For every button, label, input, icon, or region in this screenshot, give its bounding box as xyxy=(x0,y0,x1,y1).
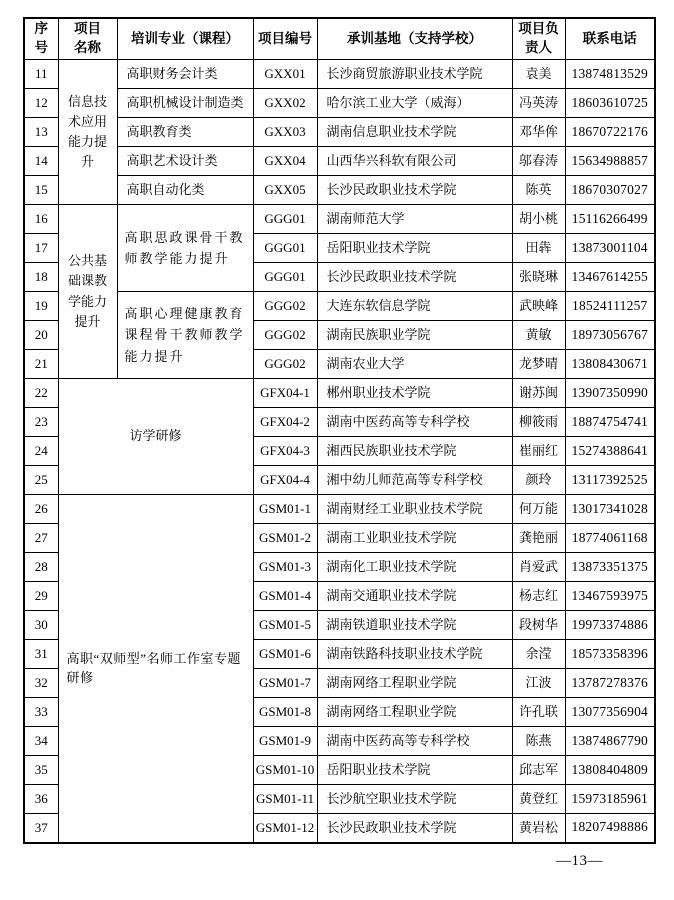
phone-cell: 13874813529 xyxy=(565,60,655,89)
code-cell: GSM01-7 xyxy=(253,669,317,698)
phone-cell: 13787278376 xyxy=(565,669,655,698)
leader-cell: 柳筱雨 xyxy=(512,408,565,437)
base-cell: 岳阳职业技术学院 xyxy=(317,234,512,263)
phone-cell: 13873351375 xyxy=(565,553,655,582)
row-number: 19 xyxy=(24,292,58,321)
code-cell: GXX02 xyxy=(253,89,317,118)
phone-cell: 13808404809 xyxy=(565,756,655,785)
code-cell: GGG01 xyxy=(253,263,317,292)
row-number: 16 xyxy=(24,205,58,234)
leader-cell: 龙梦晴 xyxy=(512,350,565,379)
row-number: 35 xyxy=(24,756,58,785)
project-name-info-tech: 信息技 术应用 能力提 升 xyxy=(58,60,117,205)
row-number: 30 xyxy=(24,611,58,640)
major-cell: 高职教育类 xyxy=(117,118,253,147)
phone-cell: 18774061168 xyxy=(565,524,655,553)
leader-cell: 邬春涛 xyxy=(512,147,565,176)
row-number: 31 xyxy=(24,640,58,669)
base-cell: 湖南中医药高等专科学校 xyxy=(317,408,512,437)
row-number: 33 xyxy=(24,698,58,727)
phone-cell: 18670307027 xyxy=(565,176,655,205)
code-cell: GXX01 xyxy=(253,60,317,89)
table-row: 13 高职教育类 GXX03 湖南信息职业技术学院 邓华侔 1867072217… xyxy=(24,118,655,147)
base-cell: 山西华兴科软有限公司 xyxy=(317,147,512,176)
row-number: 20 xyxy=(24,321,58,350)
phone-cell: 15973185961 xyxy=(565,785,655,814)
phone-cell: 13467614255 xyxy=(565,263,655,292)
major-cell: 高职自动化类 xyxy=(117,176,253,205)
leader-cell: 许孔联 xyxy=(512,698,565,727)
row-number: 36 xyxy=(24,785,58,814)
phone-cell: 19973374886 xyxy=(565,611,655,640)
leader-cell: 颜玲 xyxy=(512,466,565,495)
leader-cell: 谢苏闽 xyxy=(512,379,565,408)
major-cell: 高职财务会计类 xyxy=(117,60,253,89)
major-cell: 高职机械设计制造类 xyxy=(117,89,253,118)
base-cell: 湘中幼儿师范高等专科学校 xyxy=(317,466,512,495)
phone-cell: 15116266499 xyxy=(565,205,655,234)
code-cell: GSM01-1 xyxy=(253,495,317,524)
phone-cell: 15634988857 xyxy=(565,147,655,176)
base-cell: 湖南工业职业技术学院 xyxy=(317,524,512,553)
base-cell: 大连东软信息学院 xyxy=(317,292,512,321)
leader-cell: 袁美 xyxy=(512,60,565,89)
row-number: 12 xyxy=(24,89,58,118)
header-leader: 项目负 责人 xyxy=(512,18,565,60)
leader-cell: 黄登红 xyxy=(512,785,565,814)
table-row: 15 高职自动化类 GXX05 长沙民政职业技术学院 陈英 1867030702… xyxy=(24,176,655,205)
header-phone: 联系电话 xyxy=(565,18,655,60)
row-number: 29 xyxy=(24,582,58,611)
phone-cell: 13117392525 xyxy=(565,466,655,495)
row-number: 21 xyxy=(24,350,58,379)
code-cell: GSM01-5 xyxy=(253,611,317,640)
row-number: 32 xyxy=(24,669,58,698)
base-cell: 湖南铁道职业技术学院 xyxy=(317,611,512,640)
phone-cell: 13467593975 xyxy=(565,582,655,611)
leader-cell: 冯英涛 xyxy=(512,89,565,118)
table-row: 26 高职“双师型”名师工作室专题 研修 GSM01-1 湖南财经工业职业技术学… xyxy=(24,495,655,524)
base-cell: 长沙商贸旅游职业技术学院 xyxy=(317,60,512,89)
code-cell: GSM01-11 xyxy=(253,785,317,814)
leader-cell: 邱志军 xyxy=(512,756,565,785)
base-cell: 湖南网络工程职业学院 xyxy=(317,669,512,698)
phone-cell: 13808430671 xyxy=(565,350,655,379)
row-number: 28 xyxy=(24,553,58,582)
table-row: 11 信息技 术应用 能力提 升 高职财务会计类 GXX01 长沙商贸旅游职业技… xyxy=(24,60,655,89)
leader-cell: 黄敏 xyxy=(512,321,565,350)
base-cell: 湖南民族职业学院 xyxy=(317,321,512,350)
base-cell: 长沙航空职业技术学院 xyxy=(317,785,512,814)
code-cell: GSM01-10 xyxy=(253,756,317,785)
base-cell: 湖南师范大学 xyxy=(317,205,512,234)
base-cell: 湖南网络工程职业学院 xyxy=(317,698,512,727)
header-no: 序 号 xyxy=(24,18,58,60)
leader-cell: 黄岩松 xyxy=(512,814,565,843)
phone-cell: 18524111257 xyxy=(565,292,655,321)
base-cell: 湖南农业大学 xyxy=(317,350,512,379)
header-major: 培训专业（课程） xyxy=(117,18,253,60)
code-cell: GSM01-8 xyxy=(253,698,317,727)
header-project-name: 项目 名称 xyxy=(58,18,117,60)
row-number: 22 xyxy=(24,379,58,408)
code-cell: GGG02 xyxy=(253,350,317,379)
row-number: 23 xyxy=(24,408,58,437)
leader-cell: 武映峰 xyxy=(512,292,565,321)
base-cell: 长沙民政职业技术学院 xyxy=(317,814,512,843)
base-cell: 湖南化工职业技术学院 xyxy=(317,553,512,582)
row-number: 17 xyxy=(24,234,58,263)
leader-cell: 余滢 xyxy=(512,640,565,669)
code-cell: GXX03 xyxy=(253,118,317,147)
phone-cell: 18573358396 xyxy=(565,640,655,669)
table-row: 14 高职艺术设计类 GXX04 山西华兴科软有限公司 邬春涛 15634988… xyxy=(24,147,655,176)
row-number: 11 xyxy=(24,60,58,89)
code-cell: GGG01 xyxy=(253,205,317,234)
phone-cell: 13907350990 xyxy=(565,379,655,408)
phone-cell: 13017341028 xyxy=(565,495,655,524)
row-number: 27 xyxy=(24,524,58,553)
base-cell: 湖南交通职业技术学院 xyxy=(317,582,512,611)
page-number: —13— xyxy=(556,853,603,870)
table-row: 19 高职心理健康教育 课程骨干教师教学 能力提升 GGG02 大连东软信息学院… xyxy=(24,292,655,321)
row-number: 25 xyxy=(24,466,58,495)
base-cell: 湘西民族职业技术学院 xyxy=(317,437,512,466)
base-cell: 长沙民政职业技术学院 xyxy=(317,263,512,292)
leader-cell: 崔丽红 xyxy=(512,437,565,466)
leader-cell: 龚艳丽 xyxy=(512,524,565,553)
code-cell: GSM01-3 xyxy=(253,553,317,582)
base-cell: 湖南中医药高等专科学校 xyxy=(317,727,512,756)
phone-cell: 13874867790 xyxy=(565,727,655,756)
phone-cell: 15274388641 xyxy=(565,437,655,466)
base-cell: 湖南铁路科技职业技术学院 xyxy=(317,640,512,669)
leader-cell: 段树华 xyxy=(512,611,565,640)
leader-cell: 邓华侔 xyxy=(512,118,565,147)
phone-cell: 18603610725 xyxy=(565,89,655,118)
leader-cell: 陈英 xyxy=(512,176,565,205)
row-number: 34 xyxy=(24,727,58,756)
header-code: 项目编号 xyxy=(253,18,317,60)
code-cell: GSM01-4 xyxy=(253,582,317,611)
code-cell: GFX04-2 xyxy=(253,408,317,437)
header-row: 序 号 项目 名称 培训专业（课程） 项目编号 承训基地（支持学校） 项目负 责… xyxy=(24,18,655,60)
leader-cell: 杨志红 xyxy=(512,582,565,611)
row-number: 15 xyxy=(24,176,58,205)
project-name-public-basic: 公共基 础课教 学能力 提升 xyxy=(58,205,117,379)
major-xinli: 高职心理健康教育 课程骨干教师教学 能力提升 xyxy=(117,292,253,379)
base-cell: 湖南信息职业技术学院 xyxy=(317,118,512,147)
header-base: 承训基地（支持学校） xyxy=(317,18,512,60)
row-number: 18 xyxy=(24,263,58,292)
code-cell: GGG02 xyxy=(253,321,317,350)
phone-cell: 18207498886 xyxy=(565,814,655,843)
phone-cell: 13873001104 xyxy=(565,234,655,263)
code-cell: GXX04 xyxy=(253,147,317,176)
project-name-fangxue: 访学研修 xyxy=(58,379,253,495)
code-cell: GFX04-4 xyxy=(253,466,317,495)
code-cell: GFX04-1 xyxy=(253,379,317,408)
row-number: 26 xyxy=(24,495,58,524)
phone-cell: 13077356904 xyxy=(565,698,655,727)
leader-cell: 肖爱武 xyxy=(512,553,565,582)
leader-cell: 田犇 xyxy=(512,234,565,263)
major-sizheng: 高职思政课骨干教 师教学能力提升 xyxy=(117,205,253,292)
code-cell: GSM01-12 xyxy=(253,814,317,843)
base-cell: 哈尔滨工业大学（威海） xyxy=(317,89,512,118)
table-row: 16 公共基 础课教 学能力 提升 高职思政课骨干教 师教学能力提升 GGG01… xyxy=(24,205,655,234)
major-cell: 高职艺术设计类 xyxy=(117,147,253,176)
leader-cell: 江波 xyxy=(512,669,565,698)
code-cell: GGG02 xyxy=(253,292,317,321)
leader-cell: 陈燕 xyxy=(512,727,565,756)
code-cell: GXX05 xyxy=(253,176,317,205)
leader-cell: 何万能 xyxy=(512,495,565,524)
row-number: 24 xyxy=(24,437,58,466)
code-cell: GSM01-9 xyxy=(253,727,317,756)
leader-cell: 胡小桃 xyxy=(512,205,565,234)
code-cell: GFX04-3 xyxy=(253,437,317,466)
row-number: 37 xyxy=(24,814,58,843)
leader-cell: 张晓琳 xyxy=(512,263,565,292)
table-row: 22 访学研修 GFX04-1 郴州职业技术学院 谢苏闽 13907350990 xyxy=(24,379,655,408)
base-cell: 湖南财经工业职业技术学院 xyxy=(317,495,512,524)
phone-cell: 18973056767 xyxy=(565,321,655,350)
code-cell: GSM01-6 xyxy=(253,640,317,669)
code-cell: GSM01-2 xyxy=(253,524,317,553)
base-cell: 岳阳职业技术学院 xyxy=(317,756,512,785)
phone-cell: 18874754741 xyxy=(565,408,655,437)
project-name-shuangshi: 高职“双师型”名师工作室专题 研修 xyxy=(58,495,253,843)
training-project-table: 序 号 项目 名称 培训专业（课程） 项目编号 承训基地（支持学校） 项目负 责… xyxy=(23,17,656,844)
base-cell: 郴州职业技术学院 xyxy=(317,379,512,408)
base-cell: 长沙民政职业技术学院 xyxy=(317,176,512,205)
phone-cell: 18670722176 xyxy=(565,118,655,147)
table-row: 12 高职机械设计制造类 GXX02 哈尔滨工业大学（威海） 冯英涛 18603… xyxy=(24,89,655,118)
row-number: 14 xyxy=(24,147,58,176)
row-number: 13 xyxy=(24,118,58,147)
code-cell: GGG01 xyxy=(253,234,317,263)
